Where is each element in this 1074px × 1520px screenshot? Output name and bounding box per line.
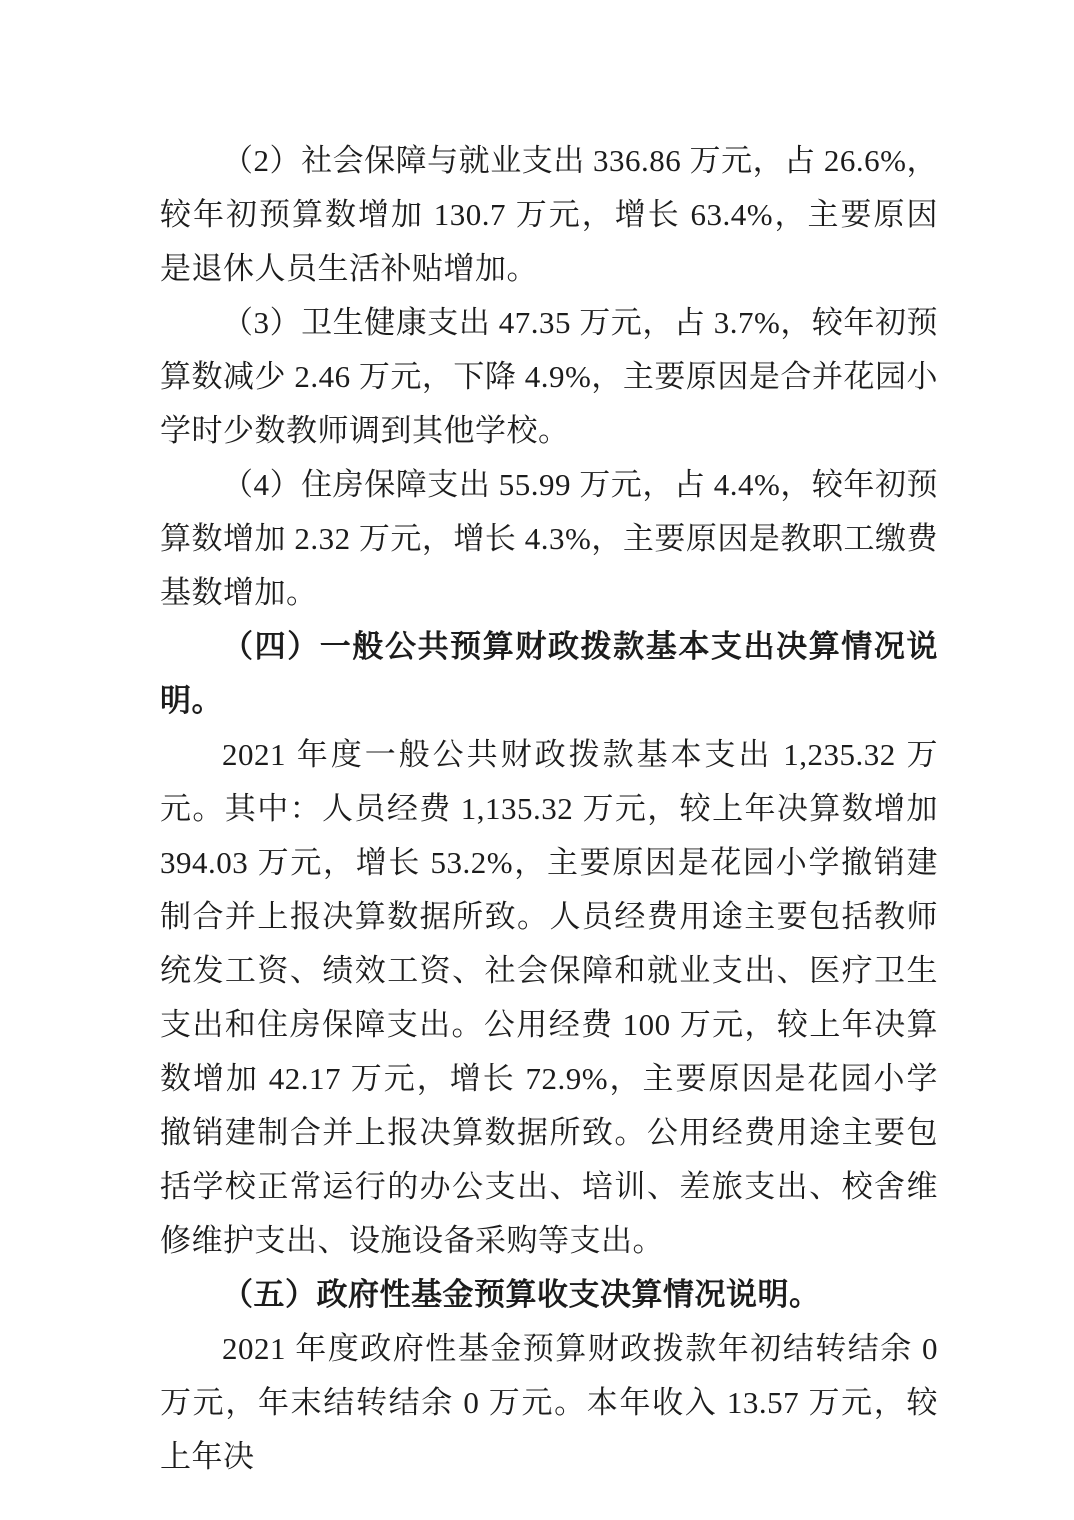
section-heading: （五）政府性基金预算收支决算情况说明。: [160, 1268, 938, 1322]
paragraph: （3）卫生健康支出 47.35 万元，占 3.7%，较年初预算数减少 2.46 …: [160, 296, 938, 458]
section-heading: （四）一般公共预算财政拨款基本支出决算情况说明。: [160, 620, 938, 728]
paragraph: （2）社会保障与就业支出 336.86 万元，占 26.6%，较年初预算数增加 …: [160, 134, 938, 296]
paragraph: 2021 年度一般公共财政拨款基本支出 1,235.32 万元。其中：人员经费 …: [160, 728, 938, 1268]
document-text-block: （2）社会保障与就业支出 336.86 万元，占 26.6%，较年初预算数增加 …: [160, 134, 938, 1484]
paragraph: 2021 年度政府性基金预算财政拨款年初结转结余 0 万元，年末结转结余 0 万…: [160, 1322, 938, 1484]
document-page: （2）社会保障与就业支出 336.86 万元，占 26.6%，较年初预算数增加 …: [0, 0, 1074, 1520]
paragraph: （4）住房保障支出 55.99 万元，占 4.4%，较年初预算数增加 2.32 …: [160, 458, 938, 620]
